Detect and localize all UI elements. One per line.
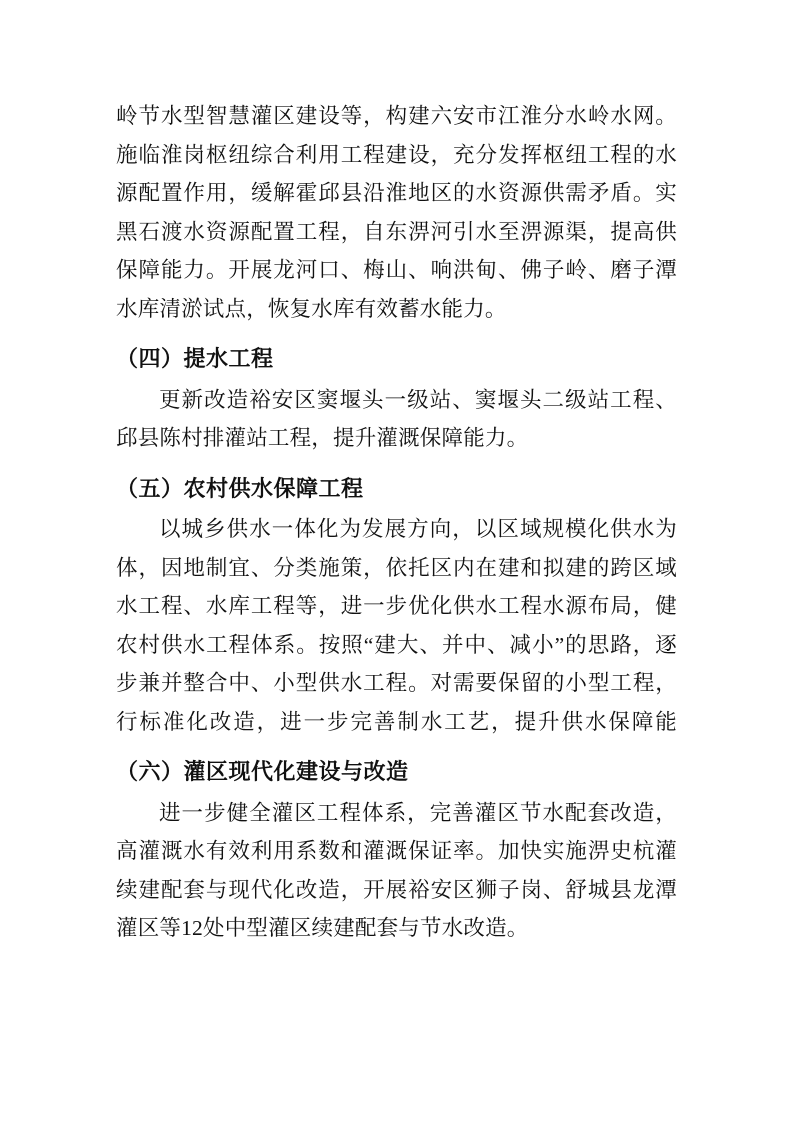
text-line: 邱县陈村排灌站工程，提升灌溉保障能力。 — [116, 419, 677, 458]
text-line: 进一步健全灌区工程体系，完善灌区节水配套改造，提 — [116, 794, 677, 833]
text-line: 高灌溉水有效利用系数和灌溉保证率。加快实施淠史杭灌区 — [116, 832, 677, 871]
text-line: 施临淮岗枢纽综合利用工程建设，充分发挥枢纽工程的水资 — [116, 136, 677, 175]
text-line: 保障能力。开展龙河口、梅山、响洪甸、佛子岭、磨子潭等 — [116, 251, 677, 290]
text-line: 更新改造裕安区窦堰头一级站、窦堰头二级站工程、霍 — [116, 381, 677, 420]
document-content: 岭节水型智慧灌区建设等，构建六安市江淮分水岭水网。实施临淮岗枢纽综合利用工程建设… — [116, 97, 677, 948]
text-line: 岭节水型智慧灌区建设等，构建六安市江淮分水岭水网。实 — [116, 97, 677, 136]
section-heading: （四）提水工程 — [116, 340, 677, 379]
paragraph: 岭节水型智慧灌区建设等，构建六安市江淮分水岭水网。实施临淮岗枢纽综合利用工程建设… — [116, 97, 677, 328]
text-line: 黑石渡水资源配置工程，自东淠河引水至淠源渠，提高供水 — [116, 213, 677, 252]
text-line: 灌区等12处中型灌区续建配套与节水改造。 — [116, 909, 677, 948]
document-page: 岭节水型智慧灌区建设等，构建六安市江淮分水岭水网。实施临淮岗枢纽综合利用工程建设… — [0, 0, 793, 1122]
paragraph: 更新改造裕安区窦堰头一级站、窦堰头二级站工程、霍邱县陈村排灌站工程，提升灌溉保障… — [116, 381, 677, 458]
paragraph: 进一步健全灌区工程体系，完善灌区节水配套改造，提高灌溉水有效利用系数和灌溉保证率… — [116, 794, 677, 948]
section-heading: （五）农村供水保障工程 — [116, 470, 677, 509]
text-line: 步兼并整合中、小型供水工程。对需要保留的小型工程，进 — [116, 664, 677, 703]
text-line: 续建配套与现代化改造，开展裕安区狮子岗、舒城县龙潭河 — [116, 871, 677, 910]
text-line: 以城乡供水一体化为发展方向，以区域规模化供水为主 — [116, 510, 677, 549]
text-line: 水库清淤试点，恢复水库有效蓄水能力。 — [116, 290, 677, 329]
text-line: 行标准化改造，进一步完善制水工艺，提升供水保障能力。 — [116, 703, 677, 742]
text-line: 源配置作用，缓解霍邱县沿淮地区的水资源供需矛盾。实施 — [116, 174, 677, 213]
text-line: 农村供水工程体系。按照“建大、并中、减小”的思路，逐 — [116, 626, 677, 665]
paragraph: 以城乡供水一体化为发展方向，以区域规模化供水为主体，因地制宜、分类施策，依托区内… — [116, 510, 677, 741]
text-line: 水工程、水库工程等，进一步优化供水工程水源布局，健全 — [116, 587, 677, 626]
section-heading: （六）灌区现代化建设与改造 — [116, 753, 677, 792]
text-line: 体，因地制宜、分类施策，依托区内在建和拟建的跨区域调 — [116, 549, 677, 588]
